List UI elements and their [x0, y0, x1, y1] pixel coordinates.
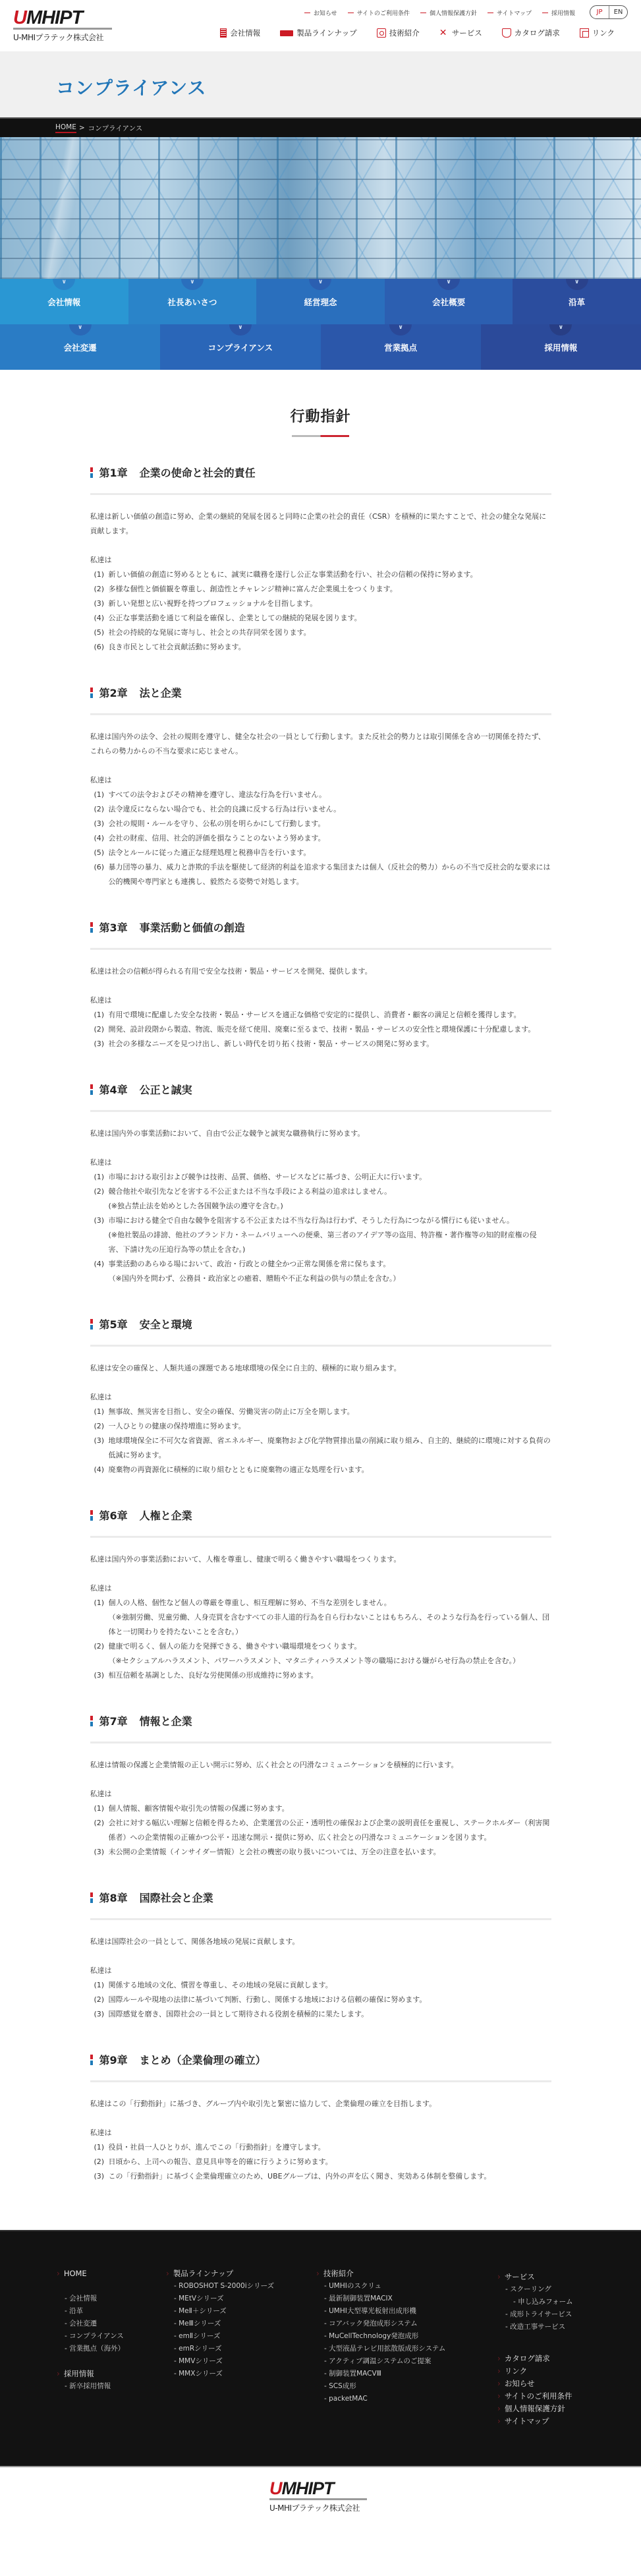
item-number: (3) [94, 2007, 109, 2022]
item-text: 会社の規則・ルールを守り、公私の別を明らかにして行動します。 [109, 819, 325, 828]
nav-service[interactable]: ✕サービス [439, 28, 482, 38]
section-title: 行動指針 [90, 405, 551, 426]
chevron-down-icon: ∨ [229, 324, 252, 336]
footer-link-recruit[interactable]: 採用情報 [57, 2368, 125, 2380]
item-number [94, 1199, 109, 1214]
chapter-heading: 第7章情報と企業 [90, 1709, 551, 1743]
chapter-heading: 第3章事業活動と価値の創造 [90, 916, 551, 950]
list-item: (1)個人情報、顧客情報や取引先の情報の保護に努めます。 [94, 1801, 551, 1816]
dash-icon [304, 13, 310, 13]
item-number: (2) [94, 1185, 109, 1199]
chapter-number: 第7章 [99, 1713, 128, 1728]
list-item: (2)会社に対する幅広い理解と信頼を得るため、企業運営の公正・透明性の確保および… [94, 1816, 551, 1845]
chapter-section: 第8章国際社会と企業私達は国際社会の一員として、関係各地域の発展に貢献します。私… [90, 1886, 551, 2022]
chapter-marker-icon [90, 1892, 93, 1903]
list-item: (4)会社の財産、信用、社会的評価を損なうことのないよう努めます。 [94, 831, 551, 846]
item-text: 市場における取引および競争は技術、品質、価格、サービスなどに基づき、公明正大に行… [109, 1173, 427, 1181]
nav-products[interactable]: 製品ラインナップ [280, 28, 356, 38]
item-text: 良き市民として社会貢献活動に努めます。 [109, 643, 246, 651]
dash-icon [542, 13, 548, 13]
chapter-marker-icon [90, 1716, 93, 1726]
util-link-news[interactable]: お知らせ [304, 9, 337, 17]
chevron-down-icon: ∨ [181, 279, 204, 290]
item-number: (1) [94, 1801, 109, 1816]
chapter-number: 第5章 [99, 1316, 128, 1332]
item-text: この「行動指針」に基づく企業倫理確立のため、UBEグループは、内外の声を広く聞き… [109, 2172, 491, 2181]
list-item: (1)市場における取引および競争は技術、品質、価格、サービスなどに基づき、公明正… [94, 1170, 551, 1185]
list-item: (1)有用で環境に配慮した安全な技術・製品・サービスを適正な価格で安定的に提供し… [94, 1008, 551, 1022]
language-switcher: JP EN [590, 5, 628, 19]
list-item: (3)社会の多様なニーズを見つけ出し、新しい時代を切り拓く技術・製品・サービスの… [94, 1037, 551, 1051]
footer-link-history[interactable]: - 沿革 [57, 2305, 125, 2318]
item-text: 法令とルールに従った適正な経理処理と税務申告を行います。 [109, 848, 311, 857]
chapter-title: まとめ（企業倫理の確立） [140, 2052, 266, 2067]
list-item: (2)健康で明るく、個人の能力を発揮できる、働きやすい職場環境をつくります。（※… [94, 1639, 551, 1668]
footer-link-tech[interactable]: - MuCellTechnology発泡成形 [316, 2330, 445, 2343]
nav-company[interactable]: 会社情報 [220, 28, 260, 38]
chapter-number: 第2章 [99, 685, 128, 700]
subnav-recruit[interactable]: ∨採用情報 [481, 324, 641, 370]
list-item: (1)新しい価値の創造に努めるとともに、誠実に職務を遂行し公正な事業活動を行い、… [94, 568, 551, 582]
list-intro: 私達は [90, 993, 551, 1008]
item-number: (4) [94, 831, 109, 846]
item-number: (1) [94, 568, 109, 582]
footer-link-sitemap[interactable]: サイトマップ [497, 2415, 573, 2428]
footer-link-tech[interactable]: - 大型液晶テレビ用拡散版成形システム [316, 2343, 445, 2355]
hero-image-warehouse [0, 137, 641, 279]
list-intro: 私達は [90, 1964, 551, 1978]
item-number: (2) [94, 2155, 109, 2169]
item-number: (1) [94, 2140, 109, 2155]
main-nav: 会社情報 製品ラインナップ 技術紹介 ✕サービス カタログ請求 リンク [220, 28, 615, 38]
chapter-heading: 第5章安全と環境 [90, 1312, 551, 1347]
chapter-section: 第2章法と企業私達は国内外の法令、会社の規則を遵守し、健全な社会の一員として行動… [90, 681, 551, 889]
dash-icon [488, 13, 493, 13]
footer-link-modification-service[interactable]: - 改造工事サービス [497, 2321, 573, 2333]
principle-list: (1)有用で環境に配慮した安全な技術・製品・サービスを適正な価格で安定的に提供し… [90, 1008, 551, 1051]
item-text: 地球環境保全に不可欠な省資源、省エネルギー、廃棄物および化学物質排出量の削減に取… [109, 1436, 551, 1459]
chapter-number: 第1章 [99, 465, 128, 480]
utility-nav: お知らせ サイトのご利用条件 個人情報保護方針 サイトマップ 採用情報 [304, 9, 575, 17]
chapter-title: 情報と企業 [140, 1713, 192, 1728]
chapter-marker-icon [90, 467, 93, 478]
logo-mark: UMHIPT [13, 9, 122, 26]
item-note: （※国内外を問わず、公務員・政治家との癒着、贈賄や不正な利益の供与の禁止を含む。… [109, 1272, 551, 1286]
item-number: (2) [94, 1419, 109, 1434]
subnav-sales-offices[interactable]: ∨営業拠点 [321, 324, 481, 370]
list-intro: 私達は [90, 2126, 551, 2140]
footer-link-tech[interactable]: - packetMAC [316, 2393, 445, 2405]
footer-link-catalog[interactable]: カタログ請求 [497, 2353, 573, 2365]
principle-list: (1)市場における取引および競争は技術、品質、価格、サービスなどに基づき、公明正… [90, 1170, 551, 1286]
principle-list: (1)新しい価値の創造に努めるとともに、誠実に職務を遂行し公正な事業活動を行い、… [90, 568, 551, 655]
subnav-row-2: ∨会社変遷 ∨コンプライアンス ∨営業拠点 ∨採用情報 [0, 324, 641, 370]
item-number: (1) [94, 1008, 109, 1022]
list-item: (3)相互信頼を基調とした、良好な労使関係の形成維持に努めます。 [94, 1668, 551, 1683]
title-underline [292, 435, 349, 437]
item-number: (2) [94, 1639, 109, 1668]
list-item: (4)事業活動のあらゆる場において、政治・行政との健全かつ正常な関係を常に保ちま… [94, 1257, 551, 1286]
chapter-section: 第1章企業の使命と社会的責任私達は新しい価値の創造に努め、企業の継続的発展を図る… [90, 461, 551, 655]
footer-link-privacy[interactable]: 個人情報保護方針 [497, 2403, 573, 2415]
list-item: (3)新しい発想と広い視野を持つプロフェッショナルを目指します。 [94, 597, 551, 611]
chapter-title: 企業の使命と社会的責任 [140, 465, 256, 480]
footer-link-offices[interactable]: - 営業拠点（海外） [57, 2343, 125, 2355]
util-link-sitemap[interactable]: サイトマップ [488, 9, 532, 17]
item-text: 法令違反にならない場合でも、社会的良識に反する行為は行いません。 [109, 805, 341, 813]
lang-en-button[interactable]: EN [609, 6, 627, 18]
list-item: (3)未公開の企業情報（インサイダー情報）と会社の機密の取り扱いについては、万全… [94, 1845, 551, 1859]
chapter-lead: 私達は国際社会の一員として、関係各地域の発展に貢献します。 [90, 1935, 551, 1949]
list-item: (3)会社の規則・ルールを守り、公私の別を明らかにして行動します。 [94, 817, 551, 831]
chevron-down-icon: ∨ [69, 324, 92, 336]
principle-list: (1)役員・社員一人ひとりが、進んでこの「行動指針」を遵守します。(2)日頃から… [90, 2140, 551, 2184]
footer-link-tech[interactable]: - コアバック発泡成形システム [316, 2318, 445, 2330]
chapter-heading: 第2章法と企業 [90, 681, 551, 715]
subnav-philosophy[interactable]: ∨経営理念 [256, 279, 385, 324]
footer-link-technology[interactable]: 技術紹介 [316, 2268, 445, 2280]
chapter-heading: 第4章公正と誠実 [90, 1078, 551, 1112]
chapter-section: 第3章事業活動と価値の創造私達は社会の信頼が得られる有用で安全な技術・製品・サー… [90, 916, 551, 1051]
company-logo[interactable]: UMHIPT U-MHIプラテック株式会社 [13, 9, 122, 43]
footer-link-schooling[interactable]: - スクーリング [497, 2283, 573, 2296]
list-item: (3)地球環境保全に不可欠な省資源、省エネルギー、廃棄物および化学物質排出量の削… [94, 1434, 551, 1463]
chapter-marker-icon [90, 1319, 93, 1330]
chapter-heading: 第6章人権と企業 [90, 1504, 551, 1538]
item-text: 相互信頼を基調とした、良好な労使関係の形成維持に努めます。 [109, 1671, 318, 1680]
list-intro: 私達は [90, 1581, 551, 1596]
footer-sitemap: HOME - 会社情報 - 沿革 - 会社変遷 - コンプライアンス - 営業拠… [0, 2230, 641, 2466]
item-text: 市場における健全で自由な競争を阻害する不公正または不当な行為は行わず、そうした行… [109, 1216, 515, 1225]
tools-icon: ✕ [439, 28, 449, 38]
list-intro: 私達は [90, 1787, 551, 1801]
principle-list: (1)すべての法令およびその精神を遵守し、違法な行為を行いません。(2)法令違反… [90, 788, 551, 889]
item-text: 新しい価値の創造に努めるとともに、誠実に職務を遂行し公正な事業活動を行い、社会の… [109, 570, 478, 579]
item-text: 新しい発想と広い視野を持つプロフェッショナルを目指します。 [109, 599, 318, 608]
footer-link-application-form[interactable]: - 申し込みフォーム [497, 2296, 573, 2308]
subnav-compliance[interactable]: ∨コンプライアンス [160, 324, 320, 370]
page-title-band: コンプライアンス [0, 51, 641, 117]
breadcrumb-current: コンプライアンス [88, 123, 143, 133]
lang-jp-button[interactable]: JP [590, 6, 609, 18]
nav-catalog[interactable]: カタログ請求 [502, 28, 560, 38]
dash-icon [348, 13, 354, 13]
principle-list: (1)無事故、無災害を目指し、安全の確保、労働災害の防止に万全を期します。(2)… [90, 1405, 551, 1477]
building-icon [220, 28, 227, 38]
item-number: (3) [94, 597, 109, 611]
chapter-marker-icon [90, 1510, 93, 1521]
chevron-down-icon: ∨ [389, 324, 412, 336]
subnav-company-overview[interactable]: ∨会社概要 [385, 279, 513, 324]
nav-links[interactable]: リンク [580, 28, 615, 38]
item-number: (1) [94, 1596, 109, 1639]
chevron-down-icon: ∨ [309, 279, 331, 290]
list-intro: 私達は [90, 553, 551, 568]
footer-link-product[interactable]: - MeⅡ＋シリーズ [166, 2305, 274, 2318]
item-text: 会社の財産、信用、社会的評価を損なうことのないよう努めます。 [109, 834, 325, 842]
item-number: (3) [94, 2169, 109, 2184]
chapters-container: 第1章企業の使命と社会的責任私達は新しい価値の創造に努め、企業の継続的発展を図る… [90, 461, 551, 2184]
principle-list: (1)個人の人格、個性など個人の尊厳を尊重し、相互理解に努め、不当な差別をしませ… [90, 1596, 551, 1683]
list-item: (1)無事故、無災害を目指し、安全の確保、労働災害の防止に万全を期します。 [94, 1405, 551, 1419]
footer-link-compliance[interactable]: - コンプライアンス [57, 2330, 125, 2343]
item-number: (6) [94, 860, 109, 889]
chapter-title: 安全と環境 [140, 1316, 192, 1332]
list-item: (1)関係する地域の文化、慣習を尊重し、その地域の発展に貢献します。 [94, 1978, 551, 1993]
list-item: (1)個人の人格、個性など個人の尊厳を尊重し、相互理解に努め、不当な差別をしませ… [94, 1596, 551, 1639]
breadcrumb-home-link[interactable]: HOME [55, 123, 76, 133]
item-text: 廃棄物の再資源化に積極的に取り組むとともに廃棄物の適正な処理を行います。 [109, 1465, 369, 1474]
chapter-heading: 第1章企業の使命と社会的責任 [90, 461, 551, 495]
chapter-lead: 私達は国内外の事業活動において、自由で公正な競争と誠実な職務執行に努めます。 [90, 1127, 551, 1141]
page-title: コンプライアンス [56, 74, 206, 100]
item-text: 公正な事業活動を通じて利益を確保し、企業としての継続的発展を図ります。 [109, 614, 362, 622]
item-text: 国際ルールや現地の法律に基づいて判断、行動し、関係する地域における信頼の確保に努… [109, 1995, 427, 2004]
footer-link-tech[interactable]: - アクティブ調温システムのご提案 [316, 2355, 445, 2368]
chapter-number: 第9章 [99, 2052, 128, 2067]
breadcrumb-separator: > [79, 124, 85, 132]
item-text: 会社に対する幅広い理解と信頼を得るため、企業運営の公正・透明性の確保および企業の… [109, 1819, 550, 1842]
principle-list: (1)関係する地域の文化、慣習を尊重し、その地域の発展に貢献します。(2)国際ル… [90, 1978, 551, 2022]
item-number: (4) [94, 1463, 109, 1477]
item-number: (2) [94, 802, 109, 817]
footer-link-links[interactable]: リンク [497, 2365, 573, 2378]
item-text: 事業活動のあらゆる場において、政治・行政との健全かつ正常な関係を常に保ちます。 [109, 1260, 391, 1268]
subnav-company-info[interactable]: ∨会社情報 [0, 279, 128, 324]
footer-company-logo[interactable]: UMHIPT U-MHIプラテック株式会社 [269, 2480, 372, 2513]
chapter-title: 法と企業 [140, 685, 182, 700]
chapter-lead: 私達は情報の保護と企業情報の正しい開示に努め、広く社会との円滑なコミュニケーショ… [90, 1758, 551, 1772]
footer-link-products[interactable]: 製品ラインナップ [166, 2268, 274, 2280]
chapter-marker-icon [90, 1084, 93, 1095]
list-item: (5)社会の持続的な発展に寄与し、社会との共存同栄を図ります。 [94, 626, 551, 640]
item-text: 無事故、無災害を目指し、安全の確保、労働災害の防止に万全を期します。 [109, 1407, 354, 1416]
item-text: 社会の持続的な発展に寄与し、社会との共存同栄を図ります。 [109, 628, 311, 637]
subnav-history[interactable]: ∨沿革 [513, 279, 641, 324]
list-intro: 私達は [90, 1156, 551, 1170]
item-number: (3) [94, 1037, 109, 1051]
item-number: (5) [94, 626, 109, 640]
chapter-heading: 第9章まとめ（企業倫理の確立） [90, 2048, 551, 2082]
item-number: (3) [94, 817, 109, 831]
item-text: 関係する地域の文化、慣習を尊重し、その地域の発展に貢献します。 [109, 1981, 333, 1989]
list-item: (4)公正な事業活動を通じて利益を確保し、企業としての継続的発展を図ります。 [94, 611, 551, 626]
item-number: (1) [94, 788, 109, 802]
product-icon [280, 30, 293, 36]
nav-technology[interactable]: 技術紹介 [377, 28, 420, 38]
item-text: 暴力団等の暴力、威力と詐欺的手法を駆使して経済的利益を追求する集団または個人（反… [109, 863, 551, 886]
item-number: (1) [94, 1170, 109, 1185]
item-note: (※他社製品の誹謗、他社のブランド力・ネームバリューへの便乗、第三者のアイデア等… [109, 1228, 551, 1257]
footer-link-home[interactable]: HOME [57, 2268, 125, 2280]
logo-company-name: U-MHIプラテック株式会社 [269, 2502, 372, 2513]
item-text: 個人情報、顧客情報や取引先の情報の保護に努めます。 [109, 1804, 289, 1813]
chapter-number: 第3章 [99, 920, 128, 935]
chapter-lead: 私達は国内外の事業活動において、人権を尊重し、健康で明るく働きやすい職場をつくり… [90, 1552, 551, 1567]
chapter-section: 第9章まとめ（企業倫理の確立）私達はこの「行動指針」に基づき、グループ内や取引先… [90, 2048, 551, 2184]
item-text: 有用で環境に配慮した安全な技術・製品・サービスを適正な価格で安定的に提供し、消費… [109, 1010, 521, 1019]
chevron-down-icon: ∨ [549, 324, 572, 336]
dash-icon [420, 13, 426, 13]
footer-link-tech[interactable]: - UMHI大型導光板射出成形機 [316, 2305, 445, 2318]
item-number: (3) [94, 1845, 109, 1859]
breadcrumb: HOME > コンプライアンス [0, 117, 641, 137]
chapter-section: 第7章情報と企業私達は情報の保護と企業情報の正しい開示に努め、広く社会との円滑な… [90, 1709, 551, 1859]
footer-link-product[interactable]: - emRシリーズ [166, 2343, 274, 2355]
list-item: (4)廃棄物の再資源化に積極的に取り組むとともに廃棄物の適正な処理を行います。 [94, 1463, 551, 1477]
item-text: (※独占禁止法を始めとした各国競争法の遵守を含む。) [109, 1202, 283, 1210]
footer-logo-band: UMHIPT U-MHIプラテック株式会社 [0, 2466, 641, 2525]
chapter-title: 人権と企業 [140, 1508, 192, 1523]
footer-link-product[interactable]: - MMVシリーズ [166, 2355, 274, 2368]
list-item: (2)法令違反にならない場合でも、社会的良識に反する行為は行いません。 [94, 802, 551, 817]
site-header: UMHIPT U-MHIプラテック株式会社 お知らせ サイトのご利用条件 個人情… [0, 0, 641, 51]
logo-bar [269, 2498, 367, 2500]
item-note: （※強制労働、児童労働、人身売買を含むすべての非人道的行為を自ら行わないことはも… [109, 1610, 551, 1639]
footer-link-news[interactable]: お知らせ [497, 2378, 573, 2390]
footer-link-tech[interactable]: - SCS成形 [316, 2380, 445, 2393]
util-link-recruit[interactable]: 採用情報 [542, 9, 575, 17]
item-number: (2) [94, 1993, 109, 2007]
chapter-number: 第4章 [99, 1082, 128, 1097]
list-item: (※独占禁止法を始めとした各国競争法の遵守を含む。) [94, 1199, 551, 1214]
list-item: (2)日頃から、上司への報告、意見具申等を的確に行うように努めます。 [94, 2155, 551, 2169]
item-note: （※セクシュアルハラスメント、パワーハラスメント、マタニティハラスメント等の職場… [109, 1654, 551, 1668]
footer-link-product[interactable]: - ROBOSHOT S-2000iシリーズ [166, 2280, 274, 2293]
logo-company-name: U-MHIプラテック株式会社 [13, 32, 122, 43]
list-item: (6)良き市民として社会貢献活動に努めます。 [94, 640, 551, 655]
list-item: (2)開発、設計段階から製造、物流、販売を経て使用、廃棄に至るまで、技術・製品・… [94, 1022, 551, 1037]
list-item: (6)暴力団等の暴力、威力と詐欺的手法を駆使して経済的利益を追求する集団または個… [94, 860, 551, 889]
chapter-marker-icon [90, 922, 93, 933]
item-number: (2) [94, 582, 109, 597]
footer-link-transition[interactable]: - 会社変遷 [57, 2318, 125, 2330]
footer-link-terms[interactable]: サイトのご利用条件 [497, 2390, 573, 2403]
item-number: (3) [94, 1668, 109, 1683]
footer-col-products: 製品ラインナップ - ROBOSHOT S-2000iシリーズ - MEtVシリ… [166, 2268, 274, 2380]
list-item: (2)一人ひとりの健康の保持増進に努めます。 [94, 1419, 551, 1434]
chapter-lead: 私達は社会の信頼が得られる有用で安全な技術・製品・サービスを開発、提供します。 [90, 964, 551, 979]
footer-col-technology: 技術紹介 - UMHIのスクリュ - 最新制御装置MACIX - UMHI大型導… [316, 2268, 445, 2405]
list-item: (2)競合他社や取引先などを害する不公正または不当な手段による利益の追求はしませ… [94, 1185, 551, 1199]
list-item: (1)すべての法令およびその精神を遵守し、違法な行為を行いません。 [94, 788, 551, 802]
chapter-lead: 私達は新しい価値の創造に努め、企業の継続的発展を図ると同時に企業の社会的責任（C… [90, 510, 551, 539]
chevron-down-icon: ∨ [566, 279, 588, 290]
item-number: (2) [94, 1816, 109, 1845]
chapter-section: 第4章公正と誠実私達は国内外の事業活動において、自由で公正な競争と誠実な職務執行… [90, 1078, 551, 1286]
list-intro: 私達は [90, 1390, 551, 1405]
list-item: (5)法令とルールに従った適正な経理処理と税務申告を行います。 [94, 846, 551, 860]
item-text: 社会の多様なニーズを見つけ出し、新しい時代を切り拓く技術・製品・サービスの開発に… [109, 1039, 434, 1048]
item-number: (3) [94, 1434, 109, 1463]
item-text: 役員・社員一人ひとりが、進んでこの「行動指針」を遵守します。 [109, 2143, 325, 2152]
item-text: 日頃から、上司への報告、意見具申等を的確に行うように努めます。 [109, 2157, 333, 2166]
item-text: 多様な個性と価値観を尊重し、創造性とチャレンジ精神に富んだ企業風土をつくります。 [109, 585, 397, 593]
chapter-marker-icon [90, 2055, 93, 2065]
footer-link-trial-service[interactable]: - 成形トライサービス [497, 2308, 573, 2321]
chapter-lead: 私達は安全の確保と、人類共通の課題である地球環境の保全に自主的、積極的に取り組み… [90, 1361, 551, 1376]
item-text: 開発、設計段階から製造、物流、販売を経て使用、廃棄に至るまで、技術・製品・サービ… [109, 1025, 536, 1034]
list-item: (2)国際ルールや現地の法律に基づいて判断、行動し、関係する地域における信頼の確… [94, 1993, 551, 2007]
item-number: (4) [94, 611, 109, 626]
item-number: (6) [94, 640, 109, 655]
chapter-lead: 私達はこの「行動指針」に基づき、グループ内や取引先と緊密に協力して、企業倫理の確… [90, 2097, 551, 2111]
footer-link-product[interactable]: - MMXシリーズ [166, 2368, 274, 2380]
footer-link-tech[interactable]: - 最新制御装置MACIX [316, 2293, 445, 2305]
list-item: (1)役員・社員一人ひとりが、進んでこの「行動指針」を遵守します。 [94, 2140, 551, 2155]
chapter-lead: 私達は国内外の法令、会社の規則を遵守し、健全な社会の一員として行動します。また反… [90, 730, 551, 759]
footer-link-product[interactable]: - emⅡシリーズ [166, 2330, 274, 2343]
footer-link-service[interactable]: サービス [497, 2271, 573, 2283]
util-link-terms[interactable]: サイトのご利用条件 [348, 9, 410, 17]
chapter-title: 公正と誠実 [140, 1082, 192, 1097]
item-number: (2) [94, 1022, 109, 1037]
chapter-number: 第6章 [99, 1508, 128, 1523]
list-item: (2)多様な個性と価値観を尊重し、創造性とチャレンジ精神に富んだ企業風土をつくり… [94, 582, 551, 597]
chapter-heading: 第8章国際社会と企業 [90, 1886, 551, 1920]
chapter-section: 第6章人権と企業私達は国内外の事業活動において、人権を尊重し、健康で明るく働きや… [90, 1504, 551, 1683]
list-intro: 私達は [90, 773, 551, 788]
util-link-privacy[interactable]: 個人情報保護方針 [420, 9, 477, 17]
item-text: 個人の人格、個性など個人の尊厳を尊重し、相互理解に努め、不当な差別をしません。 [109, 1598, 391, 1607]
subnav-company-transition[interactable]: ∨会社変遷 [0, 324, 160, 370]
chevron-down-icon: ∨ [437, 279, 460, 290]
logo-mark: UMHIPT [269, 2480, 372, 2497]
footer-link-product[interactable]: - MEtVシリーズ [166, 2293, 274, 2305]
chapter-section: 第5章安全と環境私達は安全の確保と、人類共通の課題である地球環境の保全に自主的、… [90, 1312, 551, 1477]
footer-col-home: HOME - 会社情報 - 沿革 - 会社変遷 - コンプライアンス - 営業拠… [57, 2268, 125, 2393]
footer-link-tech[interactable]: - 制御装置MACVⅢ [316, 2368, 445, 2380]
chapter-marker-icon [90, 688, 93, 698]
item-text: 健康で明るく、個人の能力を発揮できる、働きやすい職場環境をつくります。 [109, 1642, 362, 1651]
item-text: 国際感覚を磨き、国際社会の一員として期待される役割を積極的に果たします。 [109, 2010, 369, 2018]
subnav-president-message[interactable]: ∨社長あいさつ [128, 279, 257, 324]
tech-icon [377, 28, 386, 38]
list-item: (3)市場における健全で自由な競争を阻害する不公正または不当な行為は行わず、そう… [94, 1214, 551, 1257]
chapter-number: 第8章 [99, 1890, 128, 1905]
chapter-title: 事業活動と価値の創造 [140, 920, 245, 935]
chevron-down-icon: ∨ [53, 279, 75, 290]
item-number: (4) [94, 1257, 109, 1286]
footer-link-tech[interactable]: - UMHIのスクリュ [316, 2280, 445, 2293]
footer-link-company[interactable]: - 会社情報 [57, 2293, 125, 2305]
footer-link-product[interactable]: - MeⅢシリーズ [166, 2318, 274, 2330]
footer-link-new-grad[interactable]: - 新卒採用情報 [57, 2380, 125, 2393]
item-number: (1) [94, 1978, 109, 1993]
list-item: (3)この「行動指針」に基づく企業倫理確立のため、UBEグループは、内外の声を広… [94, 2169, 551, 2184]
subnav-row-1: ∨会社情報 ∨社長あいさつ ∨経営理念 ∨会社概要 ∨沿革 [0, 279, 641, 324]
company-subnav: ∨会社情報 ∨社長あいさつ ∨経営理念 ∨会社概要 ∨沿革 ∨会社変遷 ∨コンプ… [0, 279, 641, 370]
principle-list: (1)個人情報、顧客情報や取引先の情報の保護に努めます。(2)会社に対する幅広い… [90, 1801, 551, 1859]
catalog-icon [502, 28, 511, 38]
link-icon [580, 28, 589, 38]
item-number: (5) [94, 846, 109, 860]
list-item: (3)国際感覚を磨き、国際社会の一員として期待される役割を積極的に果たします。 [94, 2007, 551, 2022]
item-text: 競合他社や取引先などを害する不公正または不当な手段による利益の追求はしません。 [109, 1187, 392, 1196]
item-number: (3) [94, 1214, 109, 1257]
chapter-title: 国際社会と企業 [140, 1890, 213, 1905]
item-number: (1) [94, 1405, 109, 1419]
item-text: 一人ひとりの健康の保持増進に努めます。 [109, 1422, 246, 1430]
main-content: 行動指針 第1章企業の使命と社会的責任私達は新しい価値の創造に努め、企業の継続的… [90, 370, 551, 2184]
item-text: 未公開の企業情報（インサイダー情報）と会社の機密の取り扱いについては、万全の注意… [109, 1848, 441, 1856]
item-text: すべての法令およびその精神を遵守し、違法な行為を行いません。 [109, 790, 326, 799]
footer-col-service: サービス - スクーリング - 申し込みフォーム - 成形トライサービス - 改… [497, 2271, 573, 2428]
